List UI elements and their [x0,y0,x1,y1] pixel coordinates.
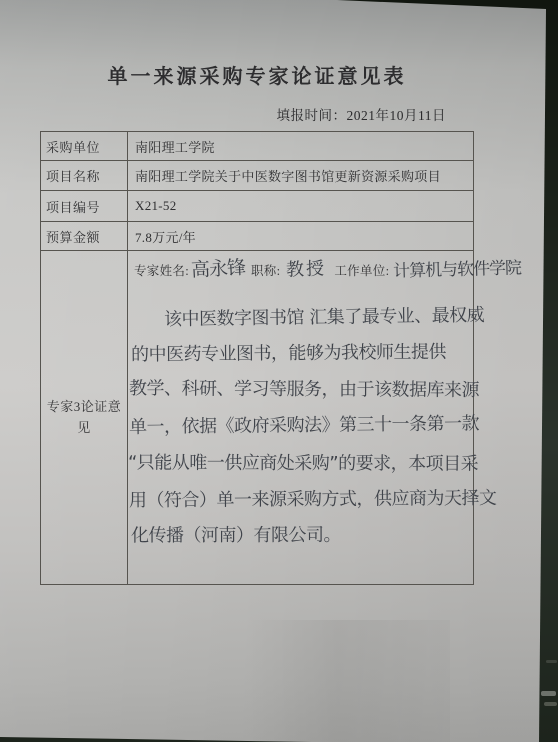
expert-unit-label: 工作单位: [334,261,389,279]
info-table: 采购单位 南阳理工学院 项目名称 南阳理工学院关于中医数字图书馆更新资源采购项目… [40,131,474,585]
opinion-line: 化传播（河南）有限公司。 [131,521,341,548]
row-value: 南阳理工学院关于中医数字图书馆更新资源采购项目 [128,161,473,190]
expert-title-handwritten: 教授 [286,254,327,281]
row-value: X21-52 [128,191,473,221]
opinion-content: 专家姓名: 高永锋 职称: 教授 工作单位: 计算机与软件学院 该中医数字图书馆… [128,251,473,584]
opinion-line: 教学、科研、学习等服务，由于该数据库来源 [129,374,479,402]
expert-unit-handwritten: 计算机与软件学院 [393,253,522,281]
row-label: 项目名称 [41,161,128,190]
row-label: 项目编号 [41,191,128,221]
document-title: 单一来源采购专家论证意见表 [40,60,474,89]
row-label: 预算金额 [41,222,128,250]
opinion-line: 单一，依据《政府采购法》第三十一条第一款 [129,409,479,439]
document-content: 单一来源采购专家论证意见表 填报时间：2021年10月11日 采购单位 南阳理工… [0,0,558,742]
expert-name-label: 专家姓名: [134,261,189,279]
row-value: 7.8万元/年 [128,222,473,250]
photo-background: 单一来源采购专家论证意见表 填报时间：2021年10月11日 采购单位 南阳理工… [0,0,558,742]
opinion-label: 专家3论证意见 [41,251,128,584]
opinion-label-text: 专家3论证意见 [43,397,125,437]
table-row-project-number: 项目编号 X21-52 [41,191,473,222]
opinion-line: 该中医数字图书馆 汇集了最专业、最权威 [164,301,485,331]
table-row-budget: 预算金额 7.8万元/年 [41,222,473,251]
opinion-line: “只能从唯一供应商处采购”的要求，本项目采 [128,448,478,475]
table-row-purchaser: 采购单位 南阳理工学院 [41,132,473,161]
report-time: 填报时间：2021年10月11日 [240,104,446,124]
table-row-project-name: 项目名称 南阳理工学院关于中医数字图书馆更新资源采购项目 [41,161,473,191]
row-value: 南阳理工学院 [128,132,473,160]
expert-name-handwritten: 高永锋 [190,253,245,283]
expert-info-line: 专家姓名: 高永锋 职称: 教授 工作单位: 计算机与软件学院 [134,254,521,281]
opinion-line: 的中医药专业图书，能够为我校师生提供 [131,338,446,367]
opinion-line: 用（符合）单一来源采购方式，供应商为天择文 [129,484,497,513]
expert-title-label: 职称: [251,261,280,279]
row-label: 采购单位 [41,132,128,160]
table-row-expert-opinion: 专家3论证意见 专家姓名: 高永锋 职称: 教授 工作单位: 计算机与软件学院 … [41,251,473,584]
